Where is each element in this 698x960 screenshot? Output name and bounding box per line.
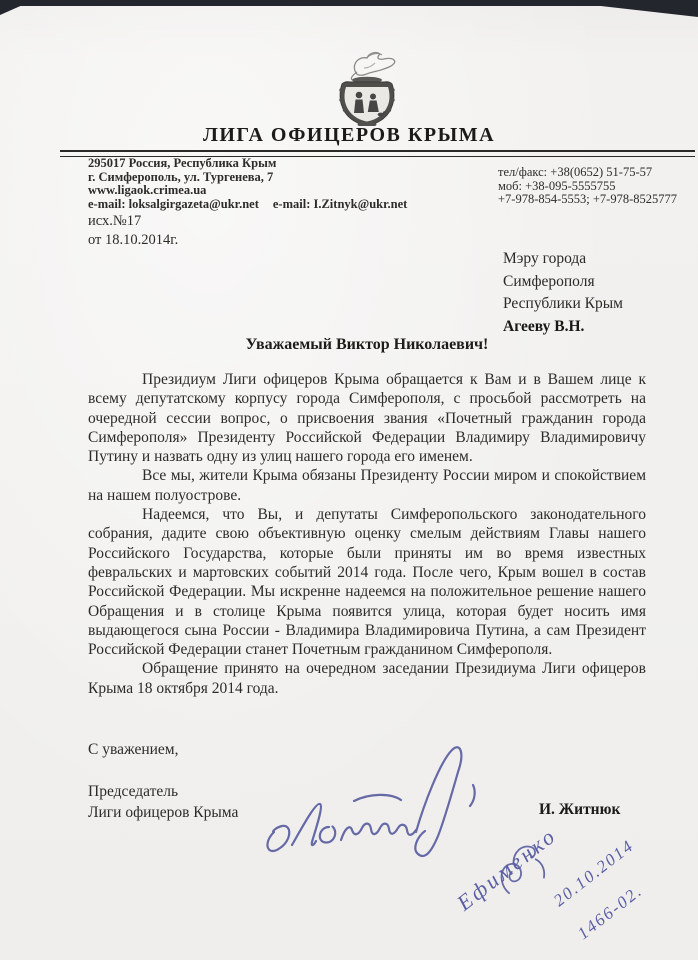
mobile-line: моб: +38-095-5555755 bbox=[498, 180, 698, 194]
address-line: г. Симферополь, ул. Тургенева, 7 bbox=[88, 171, 418, 185]
recipient-line: Симферополя bbox=[503, 271, 623, 294]
paragraph: Надеемся, что Вы, и депутаты Симферополь… bbox=[88, 505, 646, 659]
scanned-letter-page: ЛИГА ОФИЦЕРОВ КРЫМА 295017 Россия, Респу… bbox=[0, 0, 698, 960]
letterhead-contacts: тел/факс: +38(0652) 51-75-57 моб: +38-09… bbox=[498, 166, 698, 207]
phone-fax-line: тел/факс: +38(0652) 51-75-57 bbox=[498, 166, 698, 180]
paragraph: Обращение принято на очередном заседании… bbox=[88, 659, 646, 698]
phone-line: +7-978-854-5553; +7-978-8525777 bbox=[498, 193, 698, 207]
letterhead-address: 295017 Россия, Республика Крым г. Симфер… bbox=[88, 157, 418, 211]
reference-number: исх.№17 bbox=[88, 212, 178, 231]
scan-corner-left bbox=[0, 0, 34, 15]
recipient-name: Агееву В.Н. bbox=[503, 316, 623, 339]
signature-ink bbox=[258, 740, 496, 866]
signer-name: И. Житнюк bbox=[539, 801, 620, 819]
email-line: e-mail: loksalgirgazeta@ukr.nete-mail: I… bbox=[88, 198, 418, 212]
signer-title-line: Лиги офицеров Крыма bbox=[88, 802, 238, 823]
salutation: Уважаемый Виктор Николаевич! bbox=[88, 336, 646, 354]
website-text: www.ligaok.crimea.ua bbox=[88, 184, 418, 198]
address-line: 295017 Россия, Республика Крым bbox=[88, 157, 418, 171]
closing-regards: С уважением, bbox=[88, 741, 179, 759]
recipient-line: Республики Крым bbox=[503, 293, 623, 316]
dove-icon bbox=[351, 53, 394, 80]
recipient-line: Мэру города bbox=[503, 248, 623, 271]
outgoing-reference: исх.№17 от 18.10.2014г. bbox=[88, 212, 178, 250]
recipient-block: Мэру города Симферополя Республики Крым … bbox=[503, 248, 623, 338]
paragraph: Все мы, жители Крыма обязаны Президенту … bbox=[88, 466, 646, 505]
email-primary: e-mail: loksalgirgazeta@ukr.net bbox=[88, 197, 259, 211]
signer-title: Председатель Лиги офицеров Крыма bbox=[88, 781, 238, 823]
crest-shield-icon bbox=[339, 77, 394, 126]
reference-date: от 18.10.2014г. bbox=[88, 231, 178, 250]
email-secondary: e-mail: I.Zitnyk@ukr.net bbox=[273, 198, 407, 212]
paragraph: Президиум Лиги офицеров Крыма обращается… bbox=[88, 370, 646, 466]
league-crest-emblem bbox=[312, 50, 424, 126]
signer-title-line: Председатель bbox=[88, 781, 238, 802]
letter-body: Президиум Лиги офицеров Крыма обращается… bbox=[88, 370, 646, 698]
organization-title: ЛИГА ОФИЦЕРОВ КРЫМА bbox=[0, 124, 698, 147]
scan-corner-right bbox=[548, 0, 698, 17]
